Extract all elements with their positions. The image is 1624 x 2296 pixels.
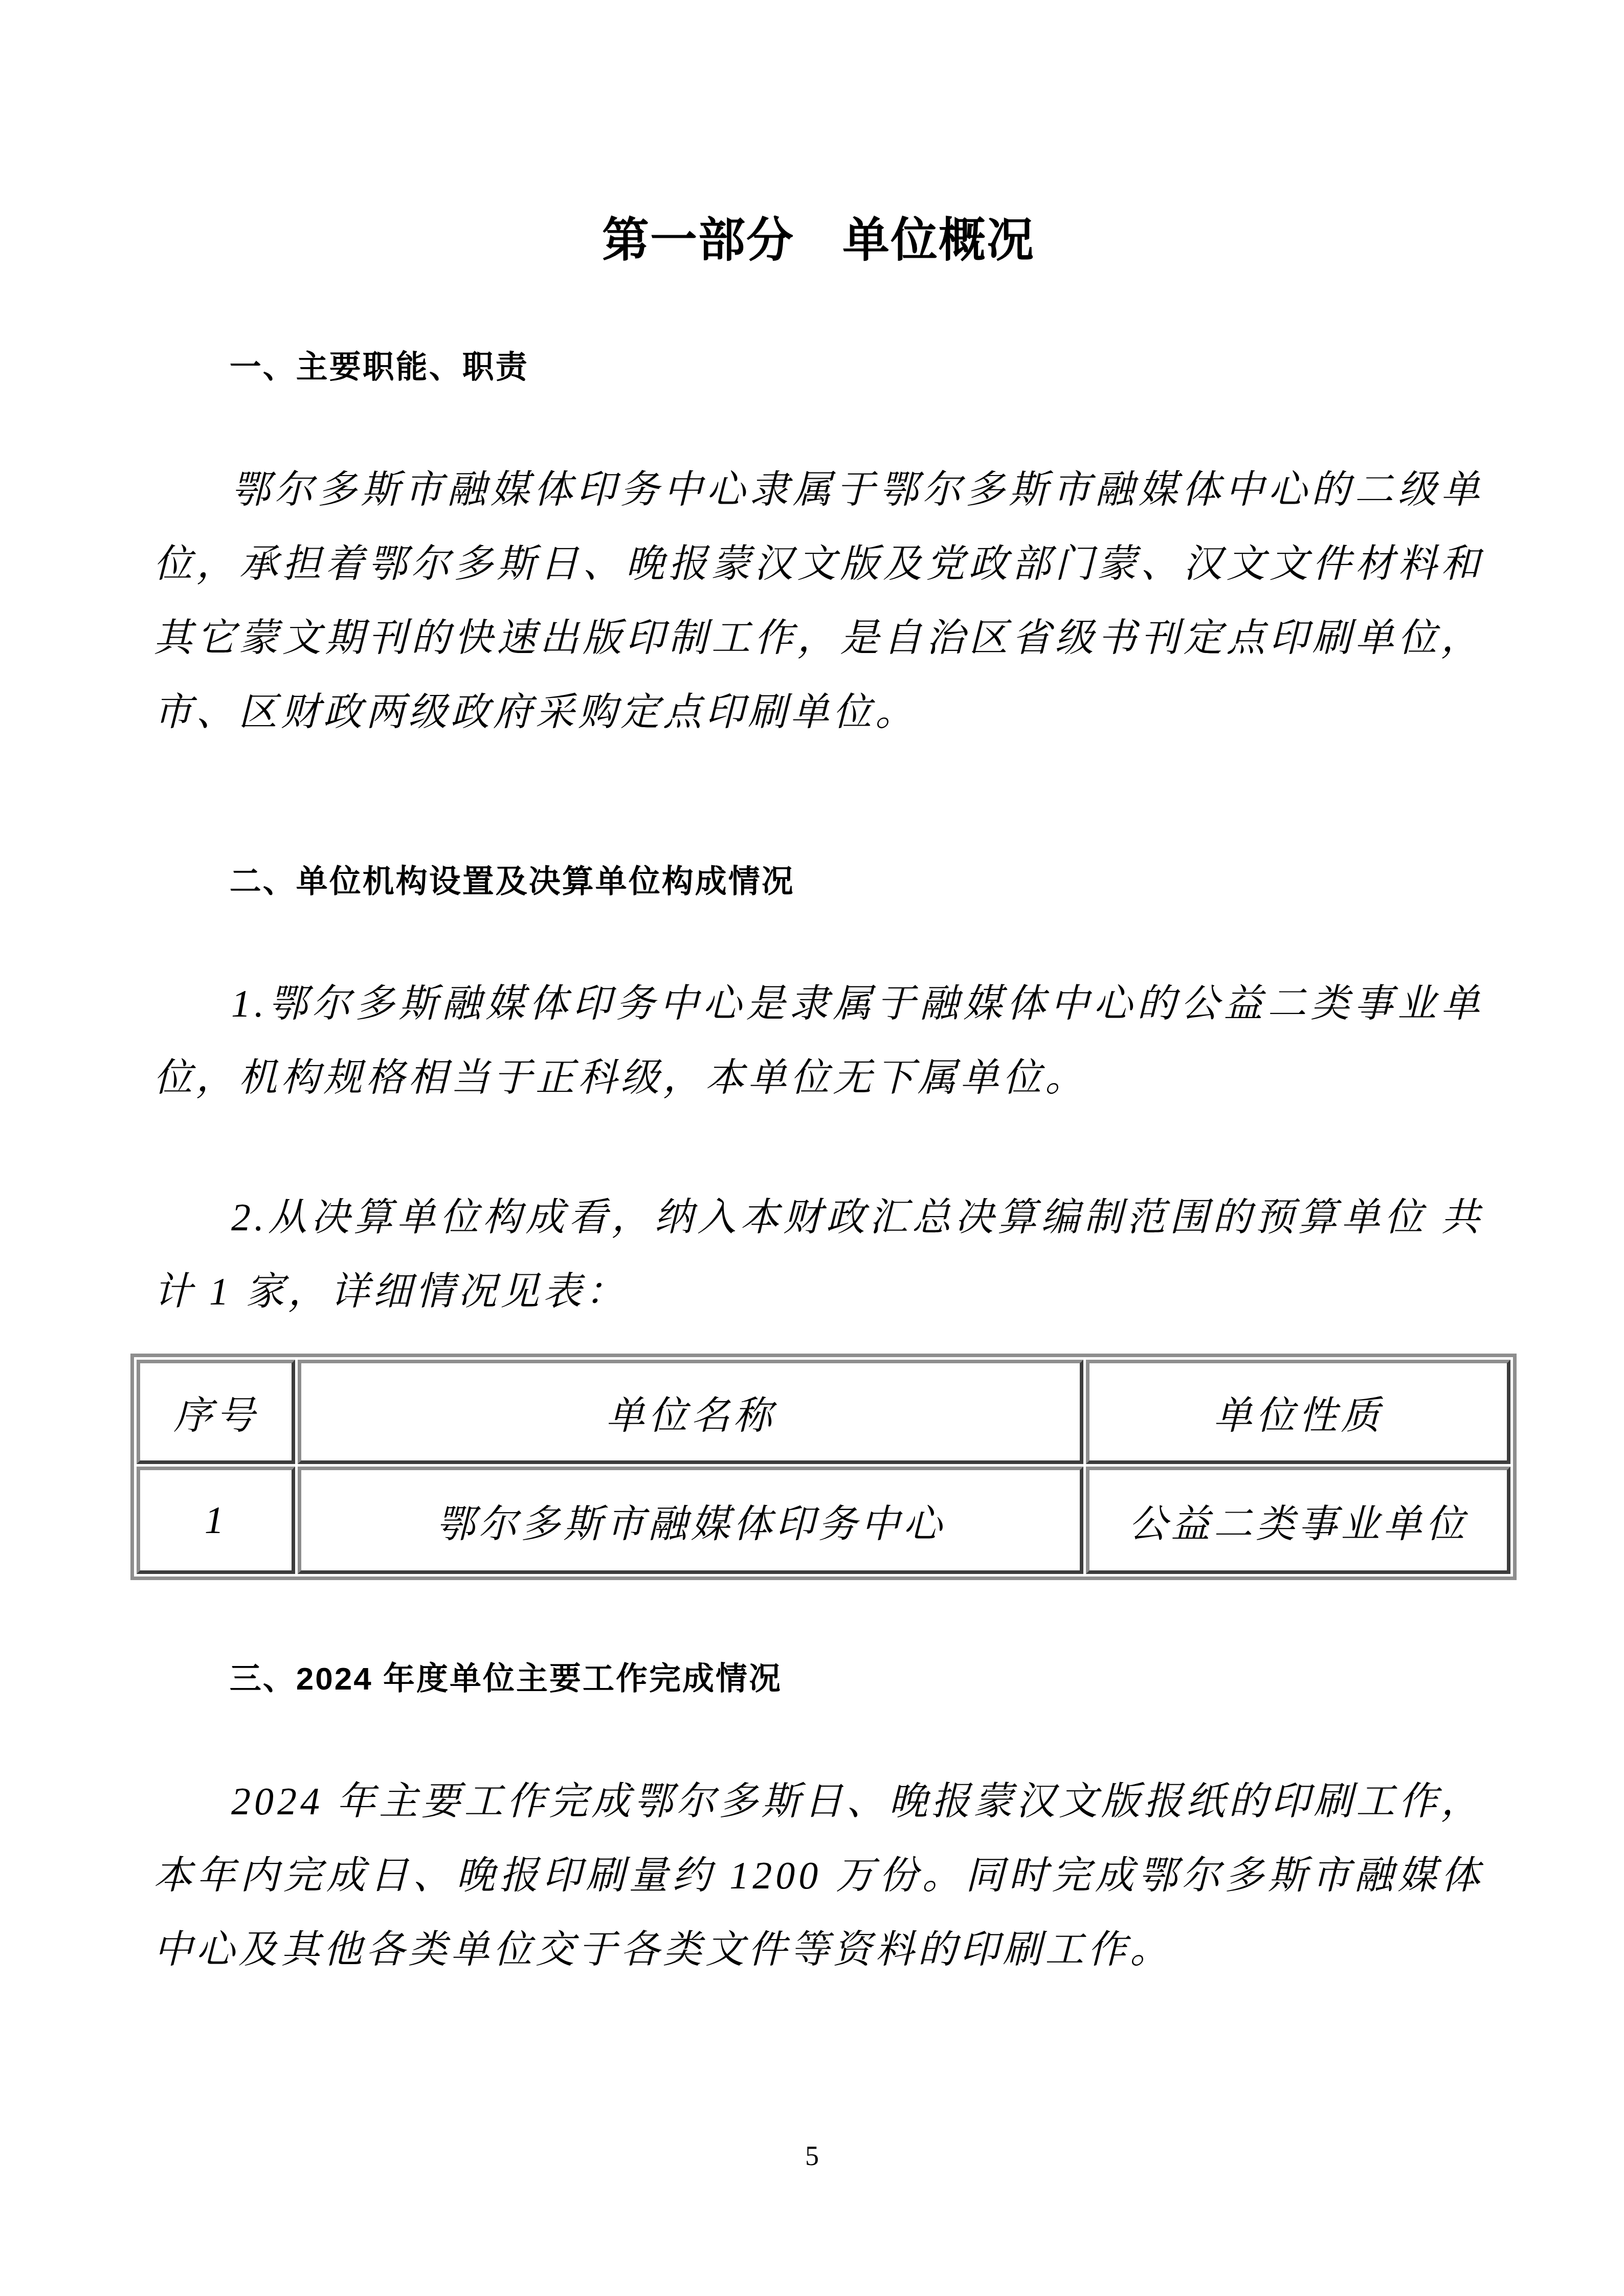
units-table-header-row: 序号 单位名称 单位性质 xyxy=(137,1360,1510,1464)
units-table-cell-name: 鄂尔多斯市融媒体印务中心 xyxy=(298,1467,1083,1574)
units-table-row: 1 鄂尔多斯市融媒体印务中心 公益二类事业单位 xyxy=(137,1467,1510,1574)
units-table-header-name: 单位名称 xyxy=(298,1360,1083,1464)
document-page: 第一部分 单位概况 一、主要职能、职责 鄂尔多斯市融媒体印务中心隶属于鄂尔多斯市… xyxy=(0,0,1624,2296)
section-2-paragraph-2: 2.从决算单位构成看，纳入本财政汇总决算编制范围的预算单位 共计 1 家，详细情… xyxy=(153,1181,1483,1329)
units-table-header-nature: 单位性质 xyxy=(1086,1360,1510,1464)
units-table-cell-index: 1 xyxy=(137,1467,295,1574)
section-3-paragraph: 2024 年主要工作完成鄂尔多斯日、晚报蒙汉文版报纸的印刷工作，本年内完成日、晚… xyxy=(153,1765,1483,1987)
units-table: 序号 单位名称 单位性质 1 鄂尔多斯市融媒体印务中心 公益二类事业单位 xyxy=(130,1354,1517,1580)
section-heading-2: 二、单位机构设置及决算单位构成情况 xyxy=(153,862,1483,902)
units-table-header-index: 序号 xyxy=(137,1360,295,1464)
section-1-paragraph: 鄂尔多斯市融媒体印务中心隶属于鄂尔多斯市融媒体中心的二级单位，承担着鄂尔多斯日、… xyxy=(153,453,1483,750)
section-heading-3: 三、2024 年度单位主要工作完成情况 xyxy=(153,1659,1483,1699)
section-heading-1: 一、主要职能、职责 xyxy=(153,348,1483,388)
section-2-paragraph-1: 1.鄂尔多斯融媒体印务中心是隶属于融媒体中心的公益二类事业单位，机构规格相当于正… xyxy=(153,967,1483,1115)
page-number: 5 xyxy=(0,2140,1624,2172)
document-title: 第一部分 单位概况 xyxy=(153,212,1483,268)
document-content: 第一部分 单位概况 一、主要职能、职责 鄂尔多斯市融媒体印务中心隶属于鄂尔多斯市… xyxy=(0,0,1624,1987)
units-table-cell-nature: 公益二类事业单位 xyxy=(1086,1467,1510,1574)
